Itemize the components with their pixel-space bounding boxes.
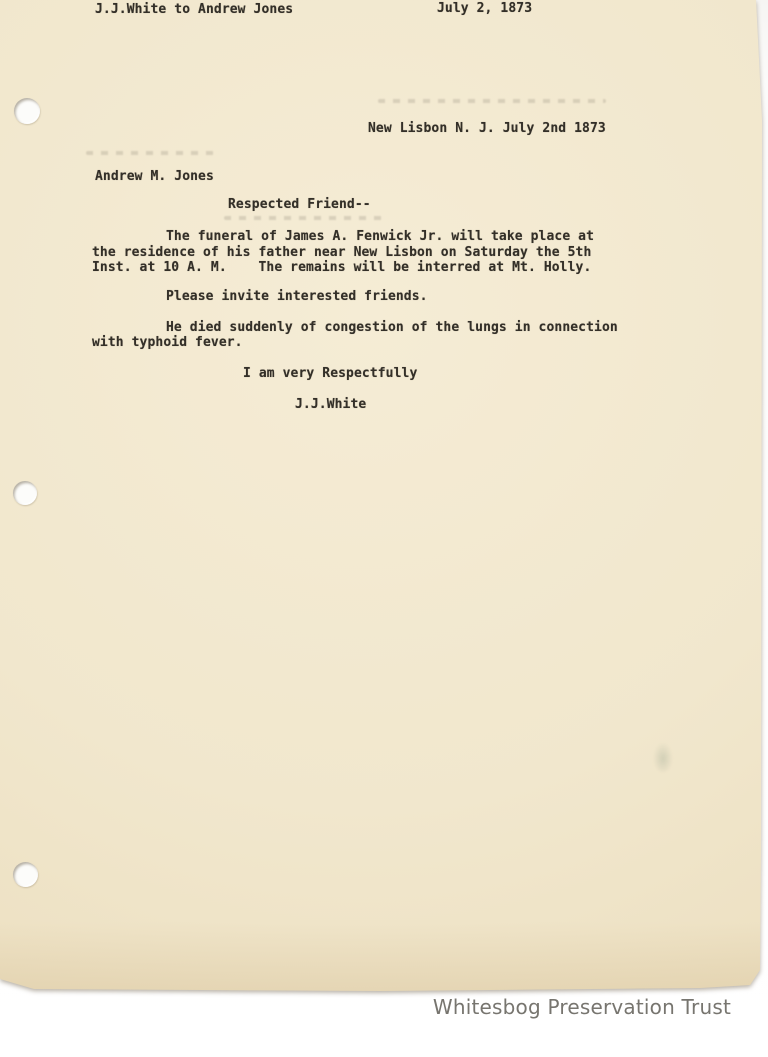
letter-closing: I am very Respectfully bbox=[243, 367, 417, 381]
faint-erasure-smudge bbox=[378, 99, 606, 103]
attribution-watermark: Whitesbog Preservation Trust bbox=[433, 995, 731, 1019]
letter-body-line: Inst. at 10 A. M. The remains will be in… bbox=[92, 261, 591, 275]
letter-body-line: He died suddenly of congestion of the lu… bbox=[166, 321, 618, 335]
faint-erasure-smudge bbox=[224, 216, 382, 220]
archive-header-correspondents: J.J.White to Andrew Jones bbox=[95, 3, 293, 17]
letter-body-line: with typhoid fever. bbox=[92, 336, 243, 350]
letter-paper: J.J.White to Andrew Jones July 2, 1873 N… bbox=[0, 0, 762, 991]
letter-body-line: Please invite interested friends. bbox=[166, 290, 428, 304]
letter-salutation: Respected Friend-- bbox=[228, 198, 371, 212]
letter-body-line: the residence of his father near New Lis… bbox=[92, 246, 591, 260]
scan-background: J.J.White to Andrew Jones July 2, 1873 N… bbox=[0, 0, 768, 1057]
paper-stain bbox=[653, 742, 673, 772]
archive-header-date: July 2, 1873 bbox=[437, 2, 532, 16]
letter-recipient: Andrew M. Jones bbox=[95, 170, 214, 184]
punch-hole-top bbox=[14, 98, 40, 124]
punch-hole-bottom bbox=[13, 862, 38, 887]
faint-erasure-smudge bbox=[86, 151, 214, 155]
letter-dateline: New Lisbon N. J. July 2nd 1873 bbox=[368, 122, 606, 136]
letter-body-line: The funeral of James A. Fenwick Jr. will… bbox=[166, 230, 594, 244]
punch-hole-middle bbox=[13, 481, 37, 505]
letter-signature: J.J.White bbox=[295, 398, 366, 412]
